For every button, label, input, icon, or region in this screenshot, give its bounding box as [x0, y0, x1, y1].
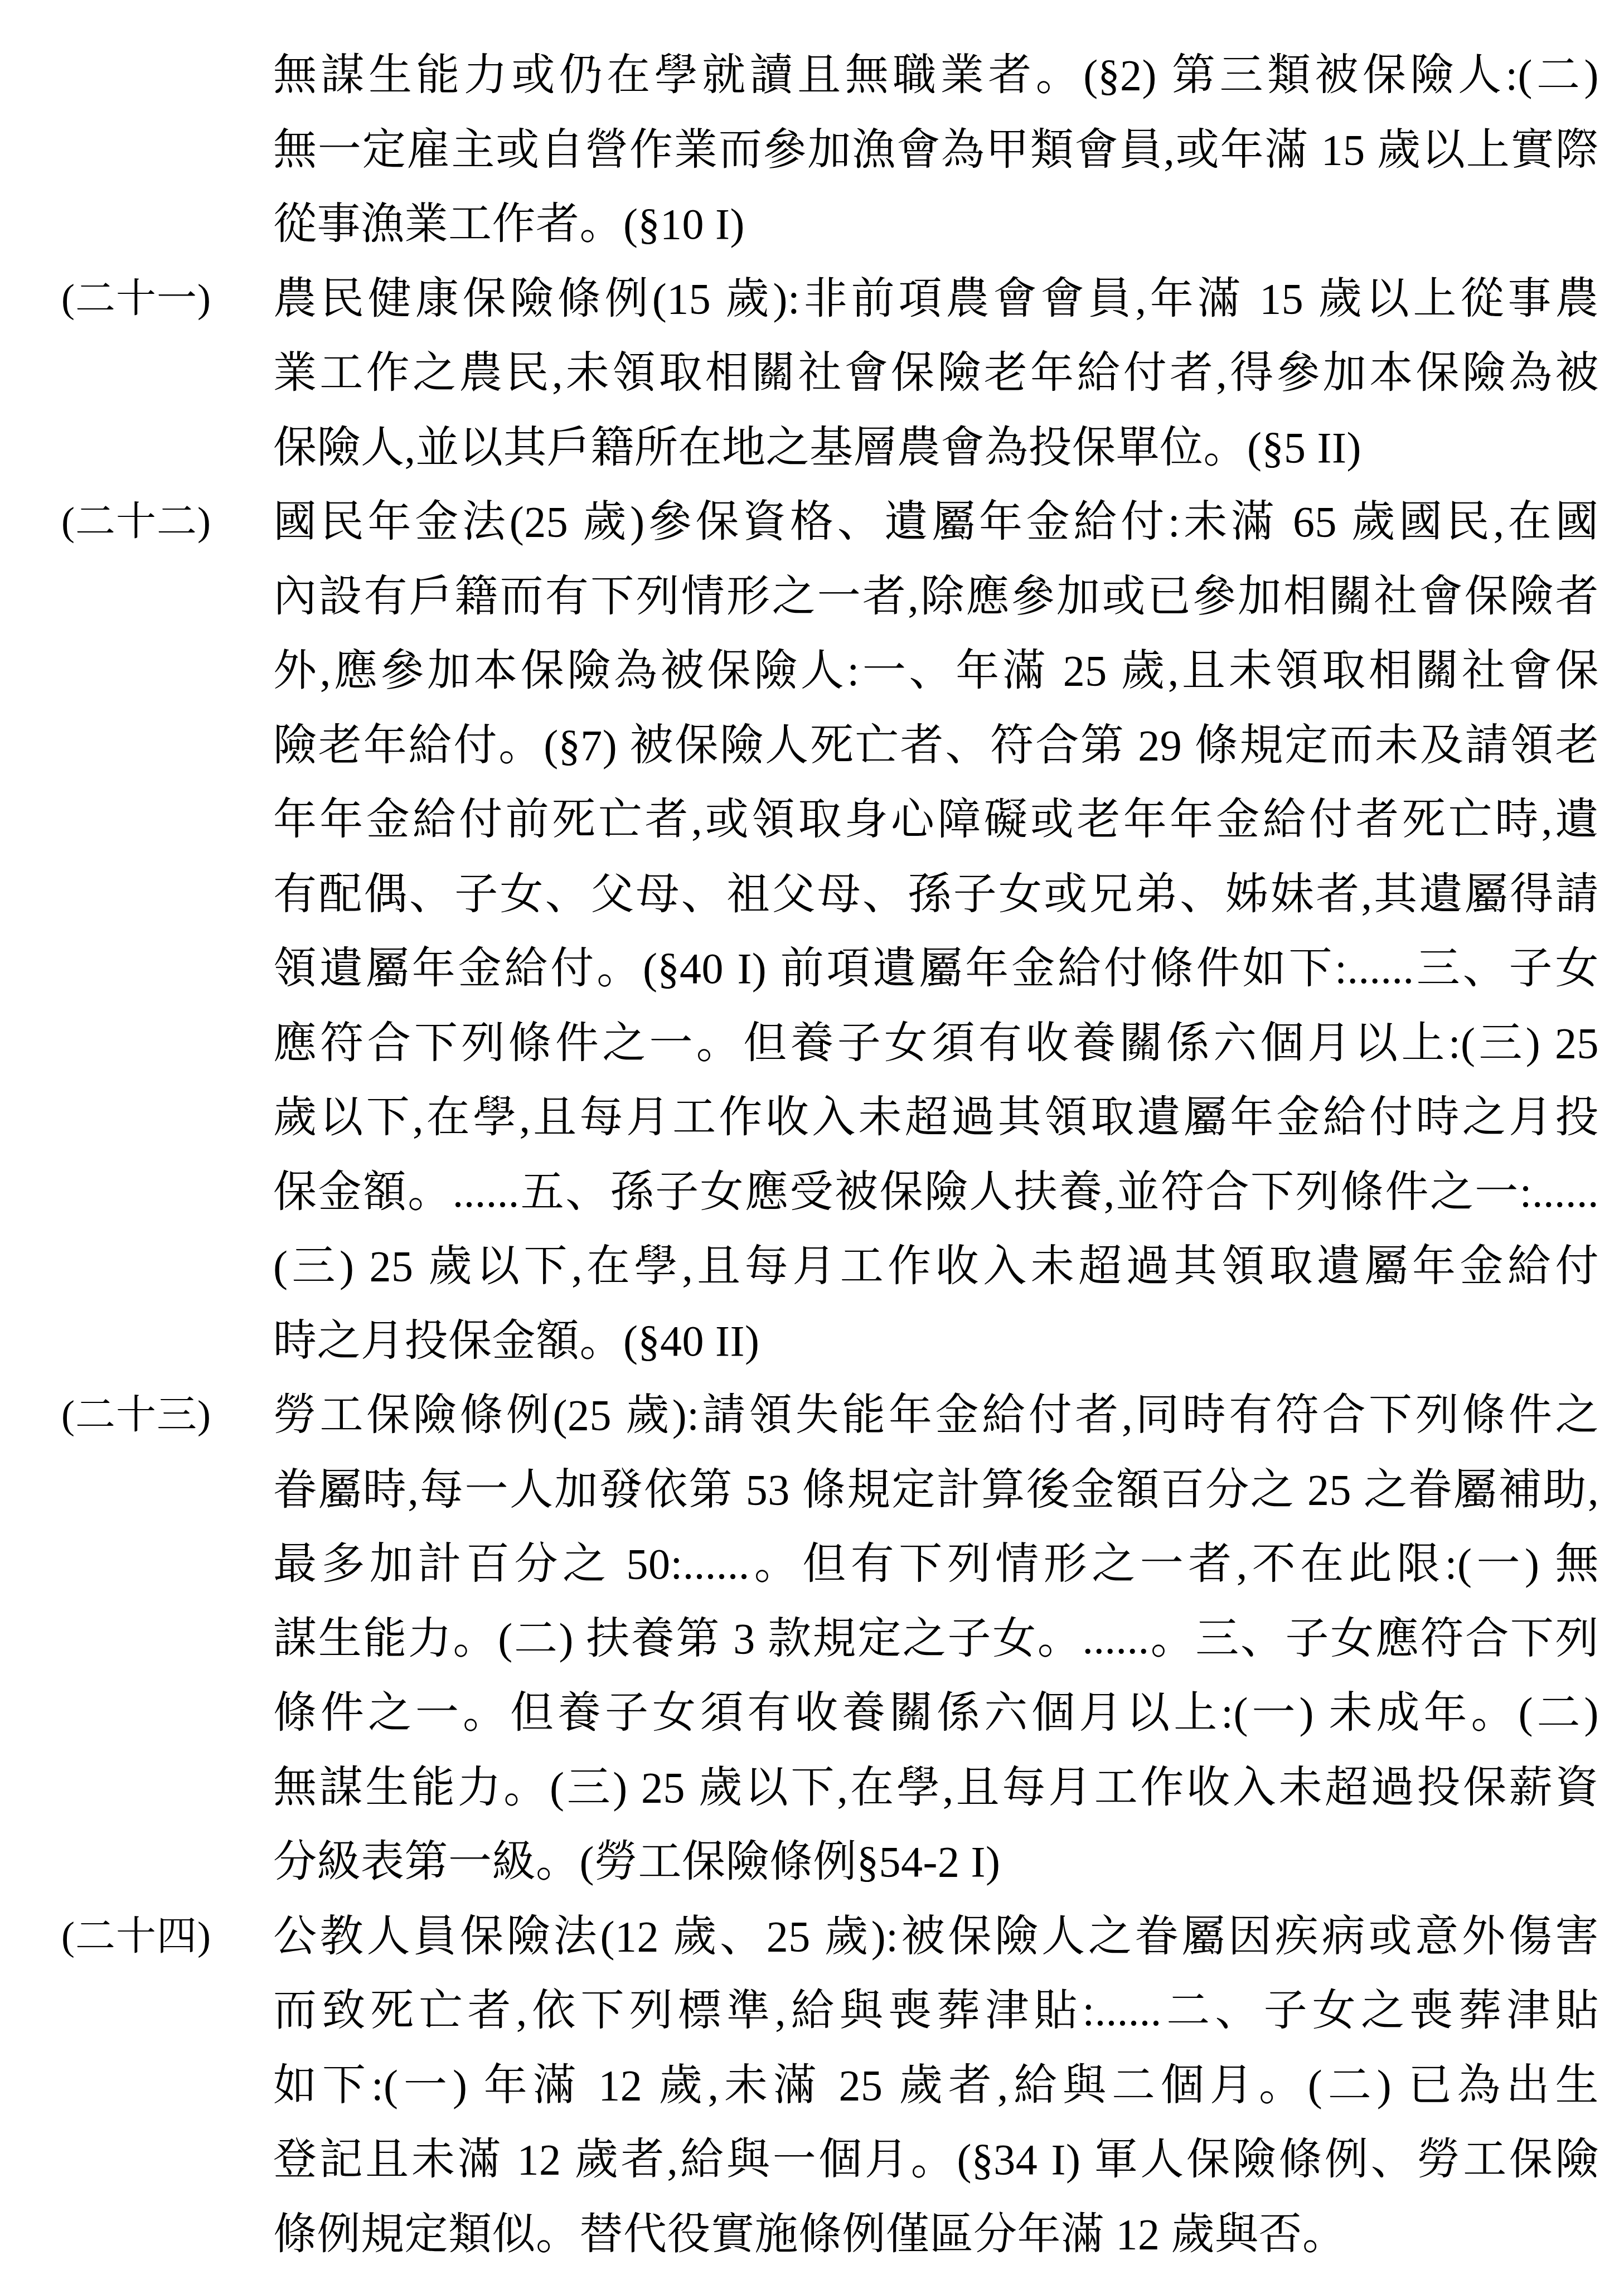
text-line: 如下:(一) 年滿 12 歲,未滿 25 歲者,給與二個月。(二) 已為出生: [273, 2048, 1599, 2123]
text-line: 無一定雇主或自營作業而參加漁會為甲類會員,或年滿 15 歲以上實際: [273, 113, 1599, 187]
text-line: 條件之一。但養子女須有收養關係六個月以上:(一) 未成年。(二): [273, 1676, 1599, 1750]
text-line: 最多加計百分之 50:......。但有下列情形之一者,不在此限:(一) 無: [273, 1527, 1599, 1601]
text-line: 分級表第一級。(勞工保險條例§54-2 I): [273, 1825, 1599, 1899]
text-line: 條例規定類似。替代役實施條例僅區分年滿 12 歲與否。: [273, 2197, 1599, 2272]
text-line: 公教人員保險法(12 歲、25 歲):被保險人之眷屬因疾病或意外傷害: [273, 1899, 1599, 1974]
legal-item: (二十四) 公教人員保險法(12 歲、25 歲):被保險人之眷屬因疾病或意外傷害…: [61, 1899, 1599, 2272]
legal-item: (二十一) 農民健康保險條例(15 歲):非前項農會會員,年滿 15 歲以上從事…: [61, 262, 1599, 485]
text-line: 農民健康保險條例(15 歲):非前項農會會員,年滿 15 歲以上從事農: [273, 262, 1599, 336]
text-line: 外,應參加本保險為被保險人:一、年滿 25 歲,且未領取相關社會保: [273, 633, 1599, 708]
text-line: 應符合下列條件之一。但養子女須有收養關係六個月以上:(三) 25: [273, 1006, 1599, 1081]
text-line: 登記且未滿 12 歲者,給與一個月。(§34 I) 軍人保險條例、勞工保險: [273, 2122, 1599, 2197]
text-line: 業工作之農民,未領取相關社會保險老年給付者,得參加本保險為被: [273, 336, 1599, 410]
text-line: 歲以下,在學,且每月工作收入未超過其領取遺屬年金給付時之月投: [273, 1080, 1599, 1155]
item-body: 農民健康保險條例(15 歲):非前項農會會員,年滿 15 歲以上從事農業工作之農…: [273, 262, 1599, 485]
item-body: 國民年金法(25 歲)參保資格、遺屬年金給付:未滿 65 歲國民,在國內設有戶籍…: [273, 485, 1599, 1378]
item-body: 勞工保險條例(25 歲):請領失能年金給付者,同時有符合下列條件之眷屬時,每一人…: [273, 1378, 1599, 1899]
text-line: 保險人,並以其戶籍所在地之基層農會為投保單位。(§5 II): [273, 410, 1599, 485]
document-page: 無謀生能力或仍在學就讀且無職業者。(§2) 第三類被保險人:(二)無一定雇主或自…: [0, 0, 1624, 2289]
text-line: 有配偶、子女、父母、祖父母、孫子女或兄弟、姊妹者,其遺屬得請: [273, 857, 1599, 932]
text-line: 保金額。......五、孫子女應受被保險人扶養,並符合下列條件之一:......: [273, 1155, 1599, 1230]
item-number: (二十二): [61, 485, 273, 559]
text-line: 謀生能力。(二) 扶養第 3 款規定之子女。......。三、子女應符合下列: [273, 1601, 1599, 1676]
text-line: (三) 25 歲以下,在學,且每月工作收入未超過其領取遺屬年金給付: [273, 1229, 1599, 1304]
item-body: 無謀生能力或仍在學就讀且無職業者。(§2) 第三類被保險人:(二)無一定雇主或自…: [273, 38, 1599, 262]
legal-item: (二十三) 勞工保險條例(25 歲):請領失能年金給付者,同時有符合下列條件之眷…: [61, 1378, 1599, 1899]
text-line: 從事漁業工作者。(§10 I): [273, 187, 1599, 262]
item-number: (二十四): [61, 1899, 273, 1974]
text-line: 勞工保險條例(25 歲):請領失能年金給付者,同時有符合下列條件之: [273, 1378, 1599, 1453]
text-line: 領遺屬年金給付。(§40 I) 前項遺屬年金給付條件如下:......三、子女: [273, 931, 1599, 1006]
text-line: 時之月投保金額。(§40 II): [273, 1304, 1599, 1378]
text-line: 無謀生能力或仍在學就讀且無職業者。(§2) 第三類被保險人:(二): [273, 38, 1599, 113]
legal-item: 無謀生能力或仍在學就讀且無職業者。(§2) 第三類被保險人:(二)無一定雇主或自…: [61, 38, 1599, 262]
text-line: 眷屬時,每一人加發依第 53 條規定計算後金額百分之 25 之眷屬補助,: [273, 1453, 1599, 1527]
item-body: 公教人員保險法(12 歲、25 歲):被保險人之眷屬因疾病或意外傷害而致死亡者,…: [273, 1899, 1599, 2272]
text-line: 無謀生能力。(三) 25 歲以下,在學,且每月工作收入未超過投保薪資: [273, 1750, 1599, 1825]
text-line: 內設有戶籍而有下列情形之一者,除應參加或已參加相關社會保險者: [273, 559, 1599, 634]
item-number: (二十一): [61, 262, 273, 336]
text-line: 年年金給付前死亡者,或領取身心障礙或老年年金給付者死亡時,遺: [273, 782, 1599, 857]
legal-items-list: 無謀生能力或仍在學就讀且無職業者。(§2) 第三類被保險人:(二)無一定雇主或自…: [61, 38, 1599, 2271]
legal-item: (二十二) 國民年金法(25 歲)參保資格、遺屬年金給付:未滿 65 歲國民,在…: [61, 485, 1599, 1378]
text-line: 險老年給付。(§7) 被保險人死亡者、符合第 29 條規定而未及請領老: [273, 708, 1599, 783]
text-line: 而致死亡者,依下列標準,給與喪葬津貼:......二、子女之喪葬津貼: [273, 1973, 1599, 2048]
text-line: 國民年金法(25 歲)參保資格、遺屬年金給付:未滿 65 歲國民,在國: [273, 485, 1599, 559]
item-number: (二十三): [61, 1378, 273, 1453]
